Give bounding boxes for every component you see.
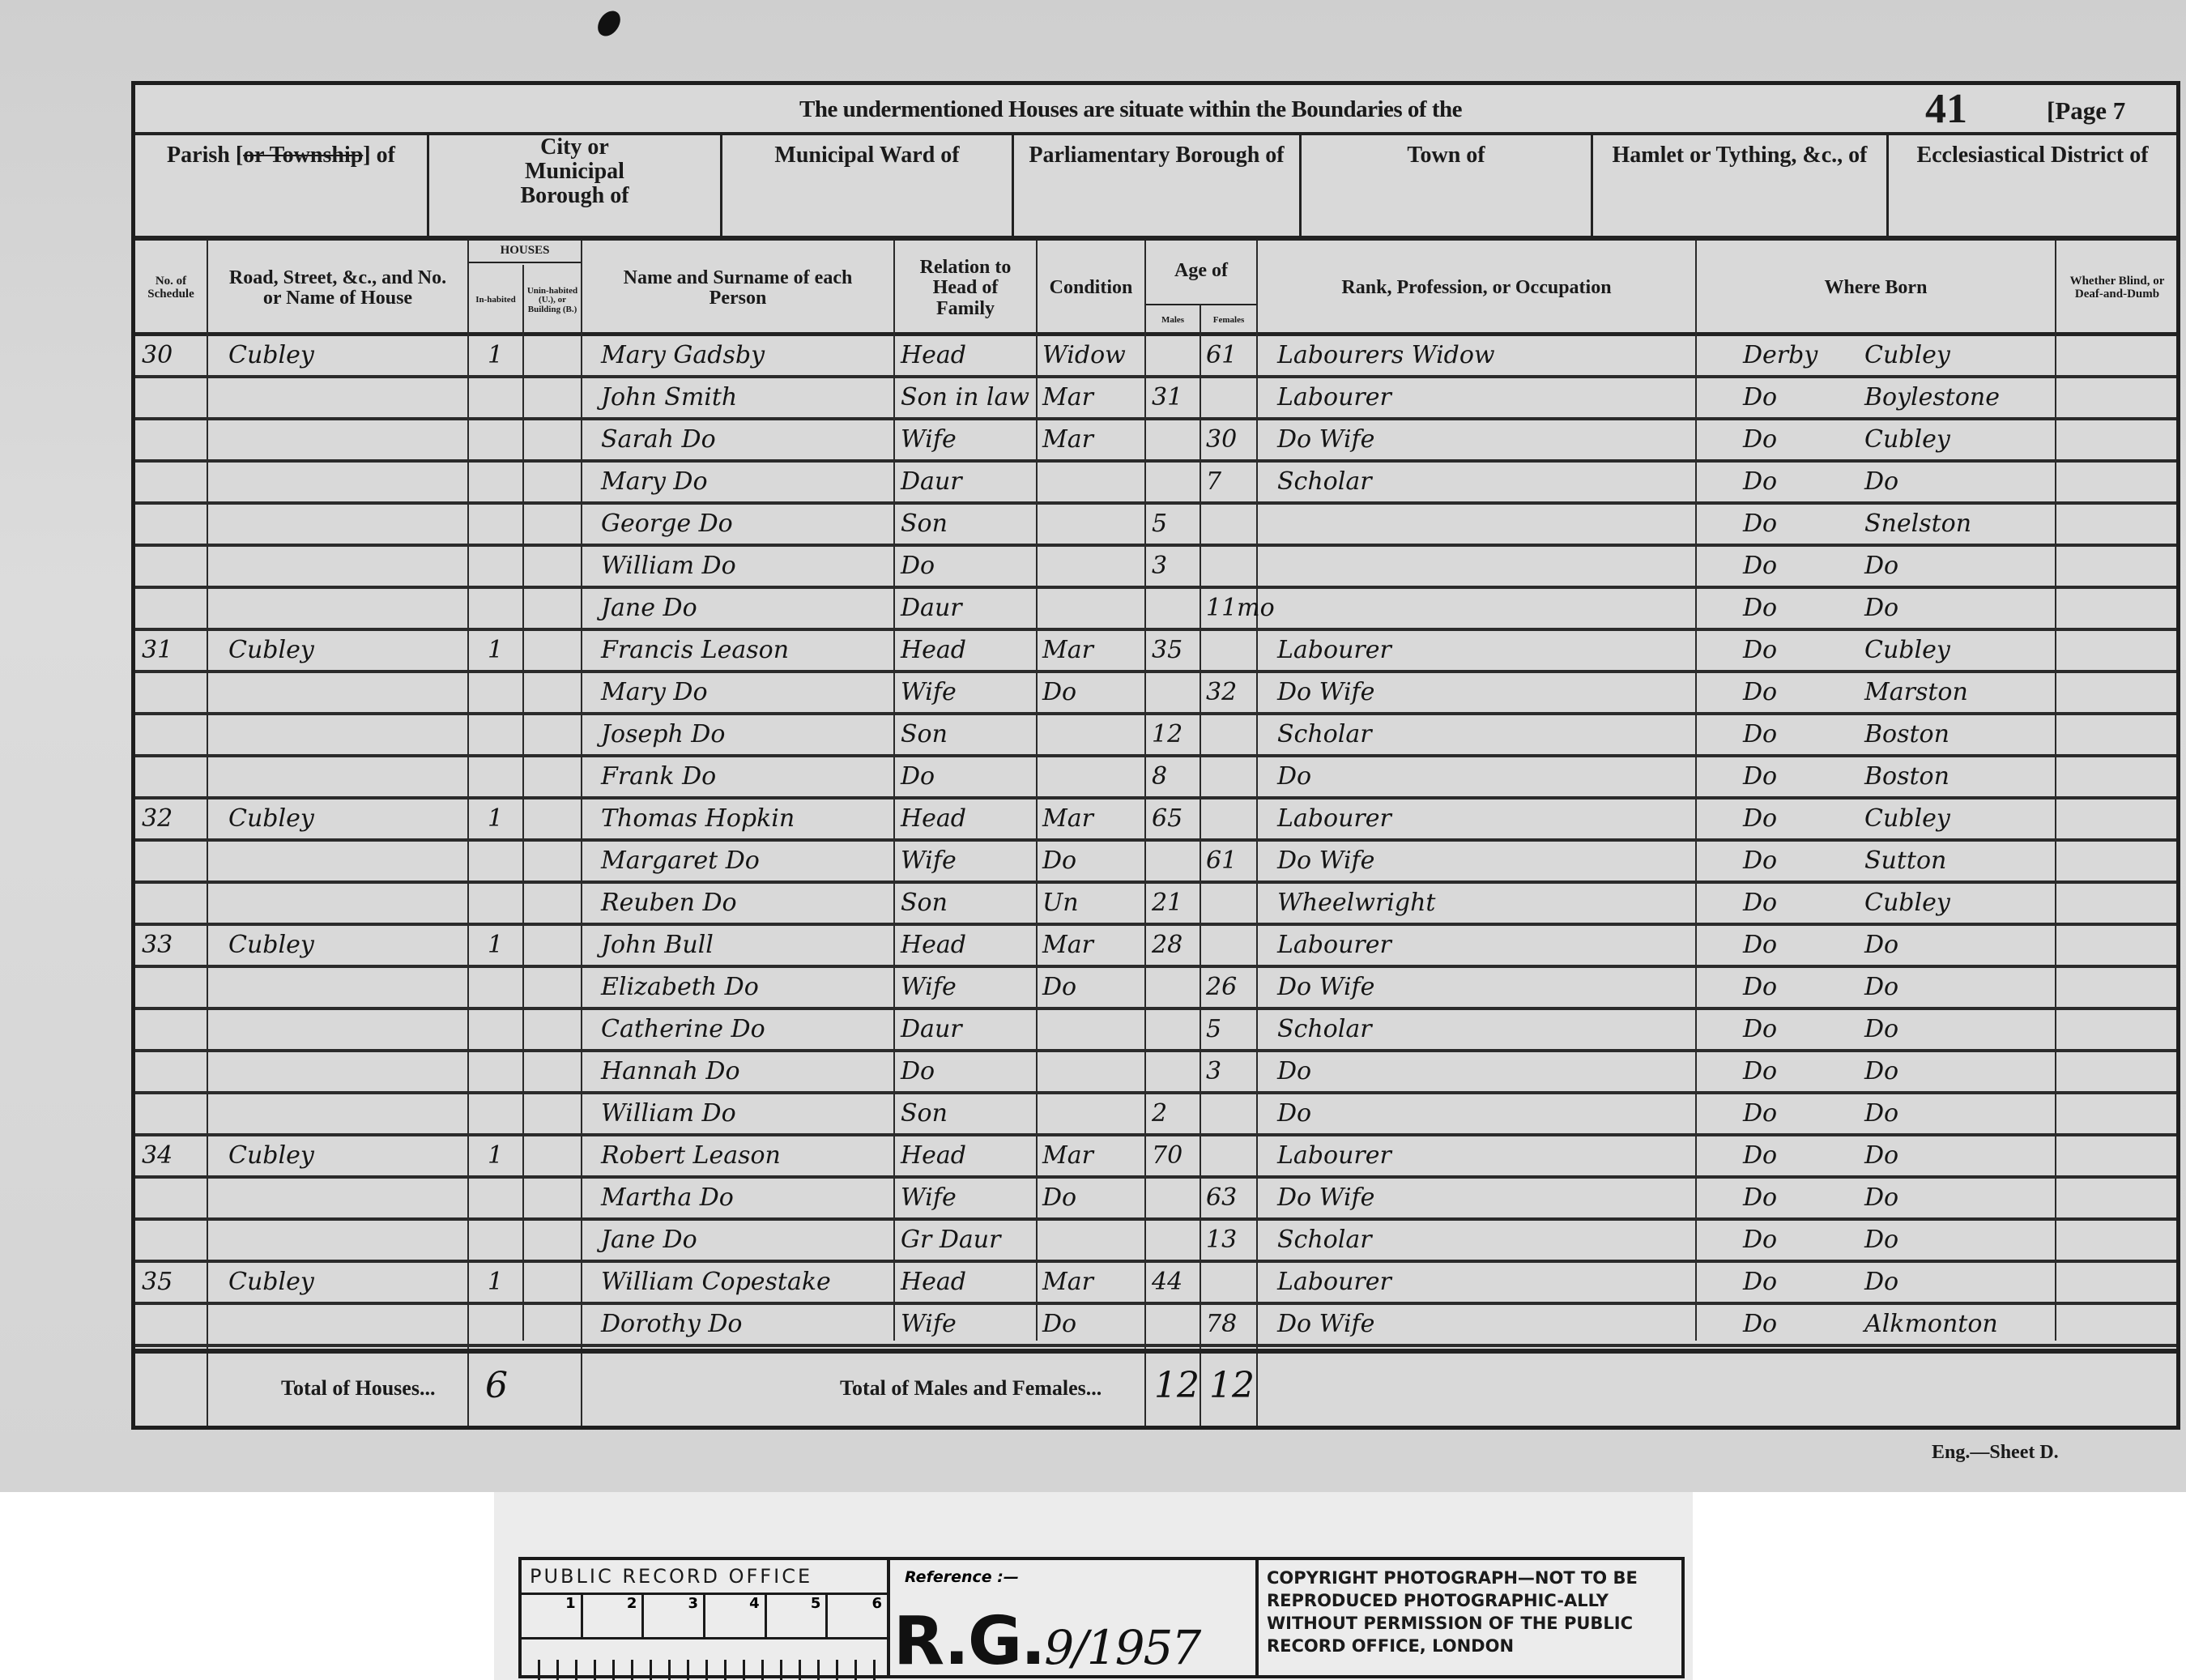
stamp-box: PUBLIC RECORD OFFICE 1 2 3 4 5 6 Referen… — [518, 1557, 1685, 1678]
ruler-mark: 6 — [828, 1595, 887, 1637]
header-age: Age of — [1146, 241, 1256, 301]
person-name: Elizabeth Do — [601, 968, 759, 1007]
occupation: Labourer — [1277, 799, 1391, 838]
relation-to-head: Son — [901, 1094, 948, 1133]
age-female: 63 — [1206, 1179, 1237, 1217]
table-row: William DoDo3DoDo — [135, 547, 2176, 589]
occupation: Do Wife — [1277, 673, 1374, 712]
birth-parish: Boylestone — [1864, 378, 2000, 417]
marital-condition: Mar — [1042, 420, 1093, 459]
birth-parish: Do — [1864, 1094, 1898, 1133]
occupation: Do Wife — [1277, 968, 1374, 1007]
relation-to-head: Head — [901, 799, 966, 838]
census-photograph: The undermentioned Houses are situate wi… — [0, 0, 2186, 1492]
table-row: Dorothy DoWifeDo78Do WifeDoAlkmonton — [135, 1305, 2176, 1347]
table-row: Jane DoDaur11moDoDo — [135, 589, 2176, 631]
relation-to-head: Son — [901, 505, 948, 544]
person-name: Thomas Hopkin — [601, 799, 795, 838]
marital-condition: Do — [1042, 1305, 1076, 1344]
birth-parish: Do — [1864, 1052, 1898, 1091]
inhabited-count: 1 — [488, 336, 503, 375]
birth-parish: Do — [1864, 1263, 1898, 1302]
scale-ruler: 1 2 3 4 5 6 — [522, 1595, 887, 1639]
road-name: Cubley — [228, 1263, 314, 1302]
folio-number: 41 — [1925, 85, 1967, 133]
table-row: 31Cubley1Francis LeasonHeadMar35Labourer… — [135, 631, 2176, 673]
reference-piece: 9/1957 — [1044, 1620, 1200, 1675]
age-male: 28 — [1152, 926, 1182, 965]
title-bar: The undermentioned Houses are situate wi… — [135, 85, 2176, 135]
relation-to-head: Wife — [901, 968, 957, 1007]
reference-panel: Reference :— R.G.9/1957 — [890, 1560, 1259, 1675]
relation-to-head: Head — [901, 336, 966, 375]
header-houses: HOUSES — [469, 241, 581, 263]
table-row: John SmithSon in lawMar31LabourerDoBoyle… — [135, 378, 2176, 420]
total-persons-label: Total of Males and Females... — [840, 1376, 1102, 1401]
ruler-ticks — [522, 1639, 887, 1680]
person-name: George Do — [601, 505, 733, 544]
age-male: 3 — [1152, 547, 1167, 586]
table-row: Elizabeth DoWifeDo26Do WifeDoDo — [135, 968, 2176, 1010]
birth-parish: Cubley — [1864, 336, 1950, 375]
header-name: Name and Surname of each Person — [582, 241, 893, 336]
road-name: Cubley — [228, 1136, 314, 1175]
header-where-born: Where Born — [1697, 241, 2055, 336]
marital-condition: Mar — [1042, 1263, 1093, 1302]
age-male: 21 — [1152, 884, 1182, 923]
age-male: 12 — [1152, 715, 1182, 754]
table-row: Margaret DoWifeDo61Do WifeDoSutton — [135, 842, 2176, 884]
inhabited-count: 1 — [488, 1263, 503, 1302]
person-name: Margaret Do — [601, 842, 760, 881]
relation-to-head: Gr Daur — [901, 1221, 1000, 1260]
table-row: Mary DoDaur7ScholarDoDo — [135, 463, 2176, 505]
relation-to-head: Head — [901, 1136, 966, 1175]
person-name: Jane Do — [601, 589, 697, 628]
birth-parish: Sutton — [1864, 842, 1946, 881]
birth-county: Do — [1743, 1010, 1777, 1049]
age-male: 35 — [1152, 631, 1182, 670]
relation-to-head: Daur — [901, 463, 962, 501]
person-name: Robert Leason — [601, 1136, 781, 1175]
record-office-stamp: PUBLIC RECORD OFFICE 1 2 3 4 5 6 Referen… — [494, 1492, 1693, 1680]
relation-to-head: Do — [901, 757, 935, 796]
schedule-number: 31 — [142, 631, 173, 670]
birth-county: Do — [1743, 505, 1777, 544]
copyright-notice: COPYRIGHT PHOTOGRAPH—NOT TO BE REPRODUCE… — [1259, 1560, 1681, 1675]
table-row: Sarah DoWifeMar30Do WifeDoCubley — [135, 420, 2176, 463]
record-office-panel: PUBLIC RECORD OFFICE 1 2 3 4 5 6 — [522, 1560, 890, 1675]
relation-to-head: Daur — [901, 589, 962, 628]
age-male: 31 — [1152, 378, 1182, 417]
inhabited-count: 1 — [488, 631, 503, 670]
schedule-number: 30 — [142, 336, 173, 375]
header-occupation: Rank, Profession, or Occupation — [1258, 241, 1695, 336]
occupation: Do Wife — [1277, 1179, 1374, 1217]
sheet-title: The undermentioned Houses are situate wi… — [799, 96, 1462, 123]
age-female: 61 — [1206, 336, 1237, 375]
person-name: William Copestake — [601, 1263, 831, 1302]
age-female: 78 — [1206, 1305, 1237, 1344]
person-name: Reuben Do — [601, 884, 737, 923]
birth-county: Do — [1743, 1263, 1777, 1302]
birth-parish: Do — [1864, 589, 1898, 628]
birth-parish: Do — [1864, 968, 1898, 1007]
person-name: William Do — [601, 547, 736, 586]
road-name: Cubley — [228, 799, 314, 838]
road-name: Cubley — [228, 926, 314, 965]
birth-parish: Marston — [1864, 673, 1968, 712]
relation-to-head: Wife — [901, 1305, 957, 1344]
birth-county: Do — [1743, 673, 1777, 712]
relation-to-head: Head — [901, 631, 966, 670]
birth-parish: Boston — [1864, 715, 1950, 754]
person-name: John Smith — [601, 378, 737, 417]
table-row: Hannah DoDo3DoDoDo — [135, 1052, 2176, 1094]
birth-county: Do — [1743, 842, 1777, 881]
marital-condition: Mar — [1042, 378, 1093, 417]
marital-condition: Do — [1042, 1179, 1076, 1217]
birth-county: Do — [1743, 589, 1777, 628]
age-female: 7 — [1206, 463, 1221, 501]
ruler-mark: 3 — [644, 1595, 705, 1637]
person-name: Hannah Do — [601, 1052, 740, 1091]
age-male: 65 — [1152, 799, 1182, 838]
road-name: Cubley — [228, 336, 314, 375]
birth-parish: Boston — [1864, 757, 1950, 796]
birth-parish: Alkmonton — [1864, 1305, 1998, 1344]
birth-parish: Do — [1864, 547, 1898, 586]
occupation: Do — [1277, 1094, 1311, 1133]
occupation: Wheelwright — [1277, 884, 1435, 923]
occupation: Scholar — [1277, 715, 1372, 754]
table-row: 35Cubley1William CopestakeHeadMar44Labou… — [135, 1263, 2176, 1305]
relation-to-head: Wife — [901, 1179, 957, 1217]
age-female: 32 — [1206, 673, 1237, 712]
occupation: Labourer — [1277, 1263, 1391, 1302]
boundary-row: Parish [or Township] of City or Municipa… — [135, 135, 2176, 241]
relation-to-head: Son — [901, 715, 948, 754]
marital-condition: Do — [1042, 842, 1076, 881]
table-row: William DoSon2DoDoDo — [135, 1094, 2176, 1136]
table-row: Jane DoGr Daur13ScholarDoDo — [135, 1221, 2176, 1263]
occupation: Do Wife — [1277, 842, 1374, 881]
person-name: William Do — [601, 1094, 736, 1133]
table-row: Catherine DoDaur5ScholarDoDo — [135, 1010, 2176, 1052]
birth-county: Do — [1743, 884, 1777, 923]
relation-to-head: Wife — [901, 420, 957, 459]
occupation: Labourer — [1277, 631, 1391, 670]
person-name: Dorothy Do — [601, 1305, 743, 1344]
age-male: 2 — [1152, 1094, 1167, 1133]
header-females: Females — [1201, 304, 1256, 336]
occupation: Labourers Widow — [1277, 336, 1495, 375]
census-sheet: The undermentioned Houses are situate wi… — [131, 81, 2180, 1430]
header-males: Males — [1146, 304, 1200, 336]
birth-parish: Cubley — [1864, 799, 1950, 838]
table-row: Frank DoDo8DoDoBoston — [135, 757, 2176, 799]
schedule-number: 32 — [142, 799, 173, 838]
boundary-parliamentary: Parliamentary Borough of — [1014, 135, 1302, 236]
person-name: Sarah Do — [601, 420, 716, 459]
occupation: Scholar — [1277, 1221, 1372, 1260]
marital-condition: Do — [1042, 673, 1076, 712]
birth-parish: Do — [1864, 926, 1898, 965]
total-males-value: 12 — [1154, 1365, 1200, 1406]
table-row: Joseph DoSon12ScholarDoBoston — [135, 715, 2176, 757]
total-females-value: 12 — [1209, 1365, 1255, 1406]
table-row: 33Cubley1John BullHeadMar28LabourerDoDo — [135, 926, 2176, 968]
age-female: 26 — [1206, 968, 1237, 1007]
ink-blot — [593, 6, 624, 41]
boundary-city: City or Municipal Borough of — [429, 135, 722, 236]
birth-county: Do — [1743, 631, 1777, 670]
relation-to-head: Daur — [901, 1010, 962, 1049]
header-inhabited: In-habited — [469, 265, 522, 336]
occupation: Do Wife — [1277, 420, 1374, 459]
table-row: George DoSon5DoSnelston — [135, 505, 2176, 547]
occupation: Labourer — [1277, 926, 1391, 965]
ruler-mark: 1 — [522, 1595, 583, 1637]
birth-parish: Cubley — [1864, 420, 1950, 459]
table-row: Mary DoWifeDo32Do WifeDoMarston — [135, 673, 2176, 715]
person-name: John Bull — [601, 926, 714, 965]
total-houses-value: 6 — [485, 1365, 508, 1406]
table-row: 30Cubley1Mary GadsbyHeadWidow61Labourers… — [135, 336, 2176, 378]
occupation: Do — [1277, 1052, 1311, 1091]
marital-condition: Mar — [1042, 631, 1093, 670]
schedule-number: 33 — [142, 926, 173, 965]
age-male: 8 — [1152, 757, 1167, 796]
relation-to-head: Wife — [901, 673, 957, 712]
occupation: Do Wife — [1277, 1305, 1374, 1344]
birth-parish: Do — [1864, 463, 1898, 501]
birth-county: Do — [1743, 547, 1777, 586]
boundary-ecclesiastical: Ecclesiastical District of — [1889, 135, 2176, 236]
birth-county: Do — [1743, 757, 1777, 796]
birth-parish: Cubley — [1864, 631, 1950, 670]
table-row: 32Cubley1Thomas HopkinHeadMar65LabourerD… — [135, 799, 2176, 842]
table-row: Martha DoWifeDo63Do WifeDoDo — [135, 1179, 2176, 1221]
marital-condition: Widow — [1042, 336, 1126, 375]
birth-county: Do — [1743, 463, 1777, 501]
birth-county: Do — [1743, 968, 1777, 1007]
birth-county: Do — [1743, 799, 1777, 838]
boundary-parish: Parish [or Township] of — [135, 135, 429, 236]
birth-county: Do — [1743, 378, 1777, 417]
relation-to-head: Do — [901, 547, 935, 586]
birth-county: Do — [1743, 1221, 1777, 1260]
birth-parish: Do — [1864, 1179, 1898, 1217]
birth-county: Do — [1743, 1305, 1777, 1344]
boundary-town: Town of — [1302, 135, 1593, 236]
relation-to-head: Do — [901, 1052, 935, 1091]
person-name: Mary Gadsby — [601, 336, 765, 375]
person-name: Joseph Do — [601, 715, 725, 754]
marital-condition: Mar — [1042, 799, 1093, 838]
person-name: Mary Do — [601, 673, 708, 712]
marital-condition: Mar — [1042, 926, 1093, 965]
page-number: [Page 7 — [2047, 96, 2125, 126]
person-name: Martha Do — [601, 1179, 734, 1217]
birth-county: Do — [1743, 1094, 1777, 1133]
ruler-mark: 2 — [583, 1595, 645, 1637]
schedule-number: 35 — [142, 1263, 173, 1302]
table-row: Reuben DoSonUn21WheelwrightDoCubley — [135, 884, 2176, 926]
header-condition: Condition — [1038, 241, 1144, 336]
marital-condition: Un — [1042, 884, 1079, 923]
record-office-title: PUBLIC RECORD OFFICE — [522, 1560, 887, 1595]
relation-to-head: Son in law — [901, 378, 1029, 417]
age-female: 3 — [1206, 1052, 1221, 1091]
birth-parish: Cubley — [1864, 884, 1950, 923]
person-name: Frank Do — [601, 757, 716, 796]
inhabited-count: 1 — [488, 926, 503, 965]
relation-to-head: Wife — [901, 842, 957, 881]
occupation: Do — [1277, 757, 1311, 796]
occupation: Labourer — [1277, 378, 1391, 417]
header-relation: Relation to Head of Family — [895, 241, 1036, 336]
table-row: 34Cubley1Robert LeasonHeadMar70LabourerD… — [135, 1136, 2176, 1179]
age-male: 44 — [1152, 1263, 1182, 1302]
birth-county: Do — [1743, 1179, 1777, 1217]
header-schedule: No. of Schedule — [135, 241, 207, 336]
boundary-hamlet: Hamlet or Tything, &c., of — [1593, 135, 1889, 236]
age-female: 30 — [1206, 420, 1237, 459]
sheet-code: Eng.—Sheet D. — [1932, 1442, 2059, 1464]
header-blind: Whether Blind, or Deaf-and-Dumb — [2056, 241, 2178, 336]
reference-series: R.G. — [893, 1603, 1044, 1680]
road-name: Cubley — [228, 631, 314, 670]
person-name: Catherine Do — [601, 1010, 765, 1049]
age-female: 11mo — [1206, 589, 1275, 628]
birth-county: Do — [1743, 1136, 1777, 1175]
relation-to-head: Head — [901, 926, 966, 965]
header-road: Road, Street, &c., and No. or Name of Ho… — [208, 241, 467, 336]
age-female: 61 — [1206, 842, 1237, 881]
age-male: 70 — [1152, 1136, 1182, 1175]
birth-county: Do — [1743, 420, 1777, 459]
inhabited-count: 1 — [488, 799, 503, 838]
header-uninhabited: Unin-habited (U.), or Building (B.) — [524, 265, 581, 336]
marital-condition: Mar — [1042, 1136, 1093, 1175]
reference-value: R.G.9/1957 — [893, 1603, 1200, 1680]
person-name: Jane Do — [601, 1221, 697, 1260]
age-female: 13 — [1206, 1221, 1237, 1260]
birth-parish: Snelston — [1864, 505, 1971, 544]
age-male: 5 — [1152, 505, 1167, 544]
occupation: Scholar — [1277, 1010, 1372, 1049]
reference-label: Reference :— — [890, 1560, 1255, 1594]
birth-parish: Do — [1864, 1221, 1898, 1260]
boundary-ward: Municipal Ward of — [722, 135, 1014, 236]
ruler-mark: 4 — [705, 1595, 767, 1637]
ruler-mark: 5 — [767, 1595, 829, 1637]
birth-county: Derby — [1743, 336, 1817, 375]
occupation: Labourer — [1277, 1136, 1391, 1175]
marital-condition: Do — [1042, 968, 1076, 1007]
birth-county: Do — [1743, 715, 1777, 754]
person-name: Mary Do — [601, 463, 708, 501]
birth-parish: Do — [1864, 1010, 1898, 1049]
occupation: Scholar — [1277, 463, 1372, 501]
birth-county: Do — [1743, 1052, 1777, 1091]
inhabited-count: 1 — [488, 1136, 503, 1175]
totals-row: Total of Houses... 6 Total of Males and … — [135, 1349, 2176, 1426]
person-name: Francis Leason — [601, 631, 789, 670]
schedule-number: 34 — [142, 1136, 173, 1175]
relation-to-head: Son — [901, 884, 948, 923]
birth-county: Do — [1743, 926, 1777, 965]
birth-parish: Do — [1864, 1136, 1898, 1175]
age-female: 5 — [1206, 1010, 1221, 1049]
total-houses-label: Total of Houses... — [281, 1376, 435, 1401]
relation-to-head: Head — [901, 1263, 966, 1302]
